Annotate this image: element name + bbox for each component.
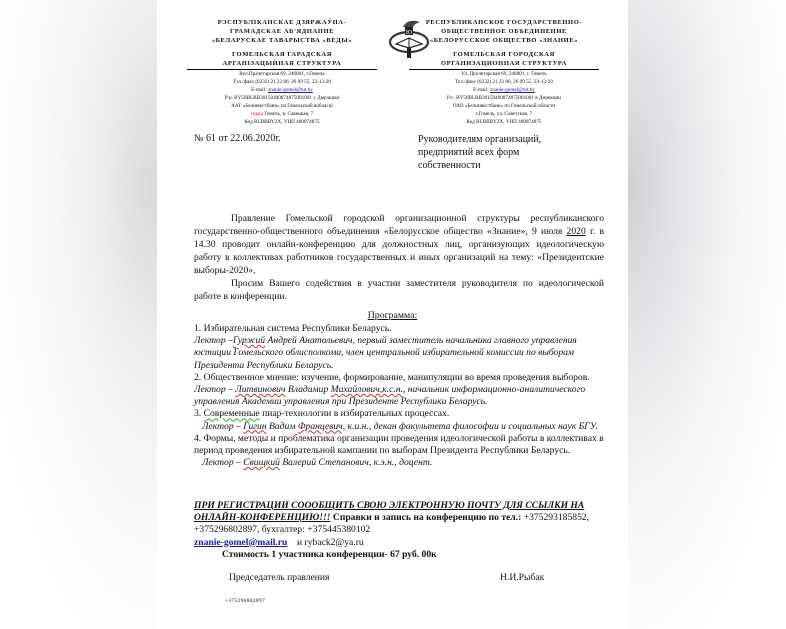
email-link[interactable]: znanie-gomel@tut.by — [490, 87, 535, 93]
document-reference: № 61 от 22.06.2020г. — [194, 133, 281, 144]
branch-name-belarusian: ГОМЕЛЬСКАЯ ГАРАДСКАЯ АРГАНІЗАЦЫЙНАЯ СТРУ… — [197, 50, 367, 68]
letterhead-right: РЕСПУБЛИКАНСКОЕ ГОСУДАРСТВЕННО- ОБЩЕСТВЕ… — [419, 18, 589, 126]
contact-details-right: Ул. Пролетарская 69, 246001, г. Гомель Т… — [419, 70, 589, 126]
recipient-block: Руководителям организаций, предприятий в… — [418, 133, 598, 172]
background-shadow-left — [0, 0, 157, 629]
letterhead-left: РЭСПУБЛІКАНСКАЕ ДЗЯРЖАЎНА- ГРАМАДСКАЕ АБ… — [197, 18, 367, 126]
program-item-1: 1. Избирательная система Республики Бела… — [194, 323, 604, 372]
org-name-belarusian: РЭСПУБЛІКАНСКАЕ ДЗЯРЖАЎНА- ГРАМАДСКАЕ АБ… — [197, 18, 367, 45]
contact-details-left: Вул.Пралетарская 69, 246001, г.Гомель Тэ… — [197, 70, 367, 126]
program-item-4: 4. Формы, методы и проблематика организа… — [194, 433, 604, 470]
branch-name-russian: ГОМЕЛЬСКАЯ ГОРОДСКАЯ ОРГАНИЗАЦИОННАЯ СТР… — [419, 50, 589, 68]
program-item-2: 2. Общественное мнение: изучение, формир… — [194, 372, 604, 409]
contact-phone: +375296802897 — [225, 598, 265, 604]
background-shadow-right — [628, 0, 786, 629]
signature-name: Н.И.Рыбак — [500, 572, 544, 583]
program-title: Программа: — [157, 310, 628, 321]
email-link-mailru[interactable]: znanie-gomel@mail.ru — [194, 537, 287, 548]
intro-paragraph: Правление Гомельской городской организац… — [194, 212, 604, 303]
program-item-3: 3. Современные пиар-технологии в избират… — [194, 408, 604, 432]
email-link[interactable]: znanie-gomel@tut.by — [268, 87, 313, 93]
org-name-russian: РЕСПУБЛИКАНСКОЕ ГОСУДАРСТВЕННО- ОБЩЕСТВЕ… — [419, 18, 589, 45]
email-yaru[interactable]: ryback2@ya.ru — [305, 537, 364, 548]
registration-block: ПРИ РЕГИСТРАЦИИ СОООБЩИТЬ СВОЮ ЭЛЕКТРОНН… — [194, 500, 614, 561]
svg-text:Ю: Ю — [406, 30, 412, 36]
signature-position: Председатель правления — [229, 572, 329, 583]
participation-cost: Стоимость 1 участника конференции- 67 ру… — [194, 549, 614, 561]
document-page: РЭСПУБЛІКАНСКАЕ ДЗЯРЖАЎНА- ГРАМАДСКАЕ АБ… — [157, 0, 628, 629]
request-paragraph: Просим Вашего содействия в участии замес… — [194, 277, 604, 303]
program-list: 1. Избирательная система Республики Бела… — [194, 323, 604, 469]
